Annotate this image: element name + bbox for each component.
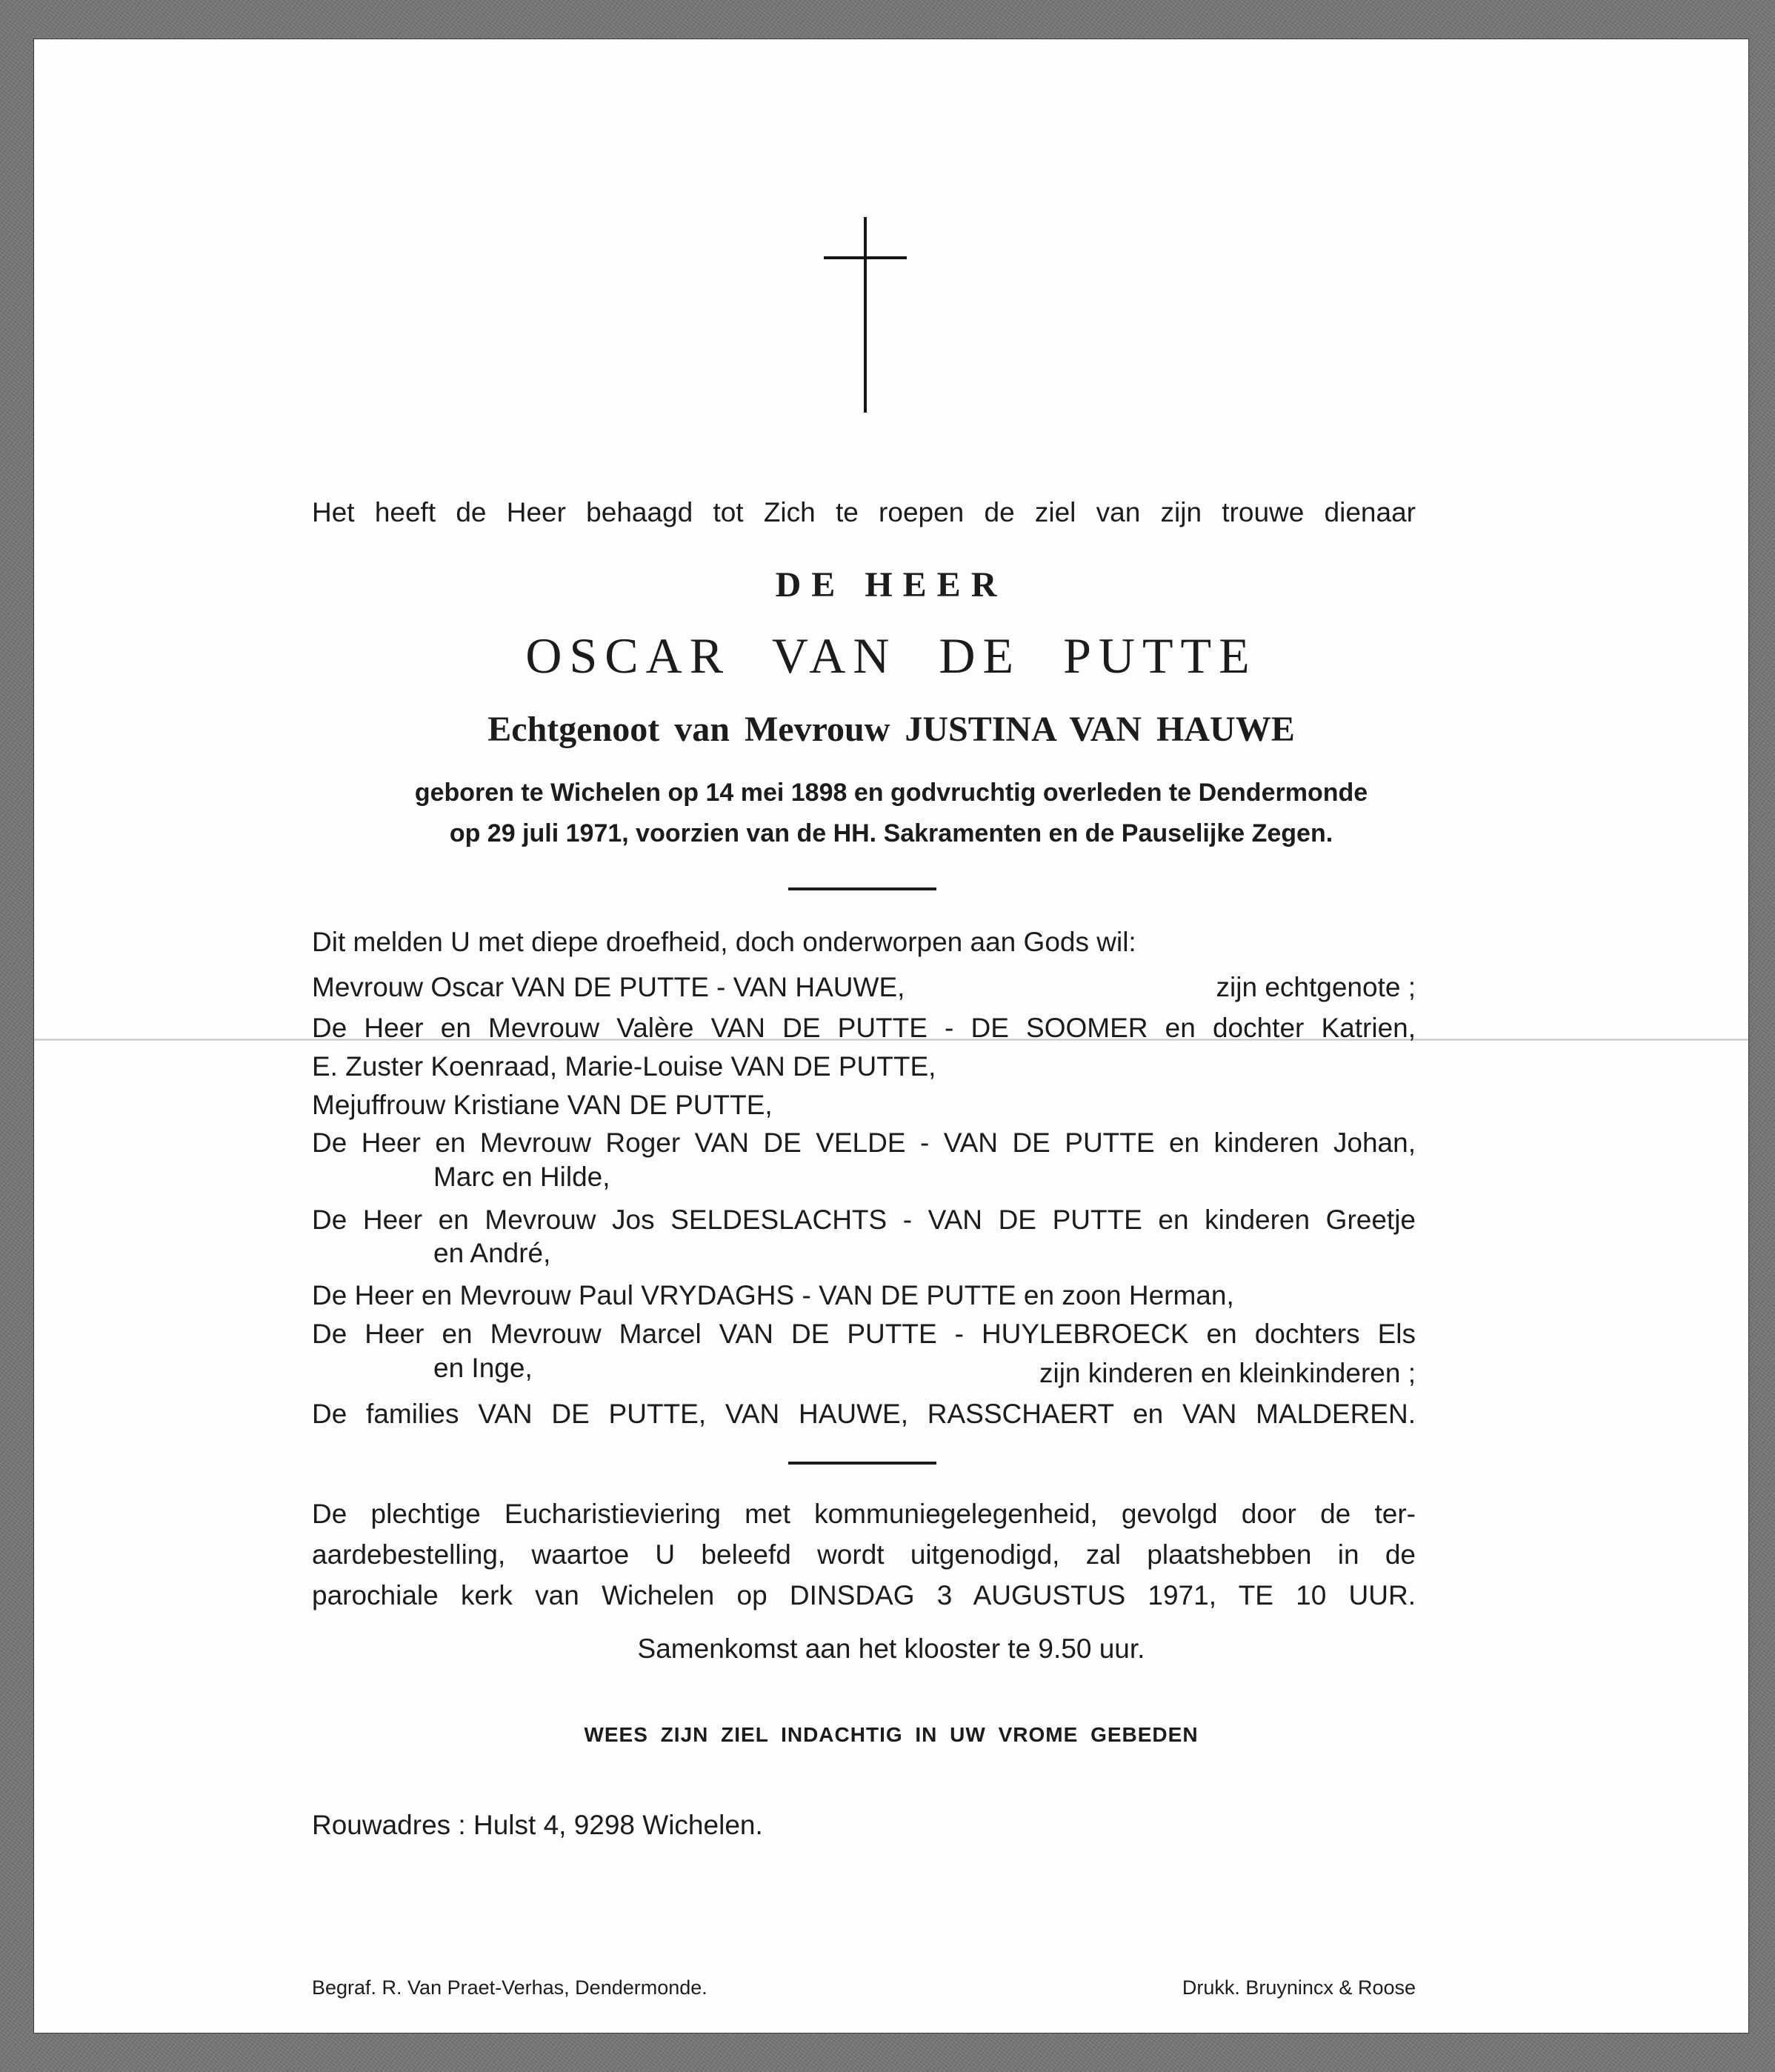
mourner-continuation: en Inge, [433,1354,533,1382]
birth-death-line-2: op 29 juli 1971, voorzien van de HH. Sak… [34,821,1748,846]
mourner-row: De Heer en Mevrouw Valère VAN DE PUTTE -… [312,1014,1416,1042]
title-prefix: DE HEER [34,567,1748,603]
birth-death-line-1: geboren te Wichelen op 14 mei 1898 en go… [34,780,1748,805]
mourner-row: Mevrouw Oscar VAN DE PUTTE - VAN HAUWE, … [312,973,1416,1001]
cross-vertical-bar [864,217,867,413]
spouse-line: Echtgenoot van Mevrouw JUSTINA VAN HAUWE [34,712,1748,747]
mourner-row: De Heer en Mevrouw Roger VAN DE VELDE - … [312,1129,1416,1156]
separator-2 [788,1462,936,1465]
mourner-row: Mejuffrouw Kristiane VAN DE PUTTE, [312,1091,773,1119]
mourning-address: Rouwadres : Hulst 4, 9298 Wichelen. [312,1811,763,1839]
mourner-relation: zijn echtgenote ; [1216,973,1416,1001]
prayer-text: WEES ZIJN ZIEL INDACHTIG IN UW VROME GEB… [34,1725,1748,1745]
separator-1 [788,887,936,890]
mourner-continuation: en André, [433,1239,550,1267]
cross-horizontal-bar [824,256,907,259]
announcement-intro: Dit melden U met diepe droefheid, doch o… [312,928,1136,956]
undertaker-credit: Begraf. R. Van Praet-Verhas, Dendermonde… [312,1978,707,1998]
ceremony-line-2: aardebestelling, waartoe U beleefd wordt… [312,1541,1416,1568]
mourner-row: E. Zuster Koenraad, Marie-Louise VAN DE … [312,1053,936,1080]
mourner-name: Mevrouw Oscar VAN DE PUTTE - VAN HAUWE, [312,973,905,1001]
mourner-relation: zijn kinderen en kleinkinderen ; [959,1359,1416,1387]
mourner-row: De Heer en Mevrouw Marcel VAN DE PUTTE -… [312,1320,1416,1348]
deceased-name: OSCAR VAN DE PUTTE [34,630,1748,681]
mourner-row: De families VAN DE PUTTE, VAN HAUWE, RAS… [312,1400,1416,1428]
printer-credit: Drukk. Bruynincx & Roose [1045,1978,1416,1998]
intro-text: Het heeft de Heer behaagd tot Zich te ro… [312,499,1416,526]
mourner-row: De Heer en Mevrouw Paul VRYDAGHS - VAN D… [312,1282,1234,1309]
memorial-card: Het heeft de Heer behaagd tot Zich te ro… [34,39,1748,2033]
ceremony-line-1: De plechtige Eucharistieviering met komm… [312,1500,1416,1528]
ceremony-line-3: parochiale kerk van Wichelen op DINSDAG … [312,1582,1416,1609]
gathering-text: Samenkomst aan het klooster te 9.50 uur. [34,1635,1748,1662]
mourner-continuation: Marc en Hilde, [433,1163,610,1190]
mourner-row: De Heer en Mevrouw Jos SELDESLACHTS - VA… [312,1206,1416,1233]
